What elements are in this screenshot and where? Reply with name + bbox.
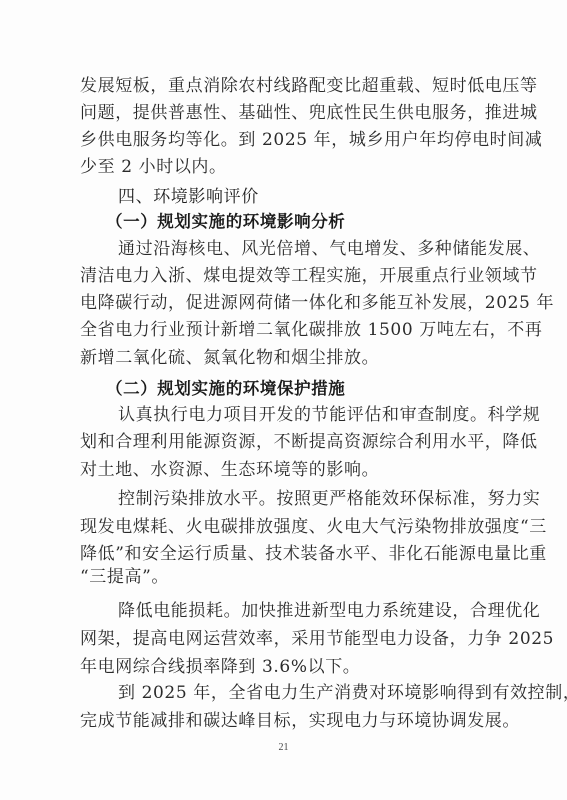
section-heading: 四、环境影响评价: [118, 184, 480, 211]
body-text-line: 到 2025 年，全省电力生产消费对环境影响得到有效控制，: [118, 680, 480, 707]
body-text-line: 清洁电力入浙、煤电提效等工程实施，开展重点行业领域节: [80, 263, 480, 290]
body-text-line: 乡供电服务均等化。到 2025 年，城乡用户年均停电时间减: [80, 127, 480, 154]
body-text-line: 划和合理利用能源资源，不断提高资源综合利用水平，降低: [80, 429, 480, 456]
body-text-line: 少至 2 小时以内。: [80, 154, 480, 181]
body-text-line: 通过沿海核电、风光倍增、气电增发、多种储能发展、: [118, 236, 480, 263]
body-text-line: “三提高”。: [80, 564, 480, 591]
body-text-line: 完成节能减排和碳达峰目标，实现电力与环境协调发展。: [80, 708, 480, 735]
body-text-line: 新增二氧化硫、氮氧化物和烟尘排放。: [80, 345, 480, 372]
body-text-line: 网架，提高电网运营效率，采用节能型电力设备，力争 2025: [80, 626, 480, 653]
body-text-line: 年电网综合线损率降到 3.6%以下。: [80, 654, 480, 681]
body-text-line: 降低电能损耗。加快推进新型电力系统建设，合理优化: [118, 598, 480, 625]
body-text-line: 对土地、水资源、生态环境等的影响。: [80, 457, 480, 484]
body-text-line: 发展短板，重点消除农村线路配变比超重载、短时低电压等: [80, 73, 480, 100]
body-text-line: 现发电煤耗、火电碳排放强度、火电大气污染物排放强度“三: [80, 514, 480, 541]
body-text-line: 全省电力行业预计新增二氧化碳排放 1500 万吨左右，不再: [80, 317, 480, 344]
page-number: 21: [0, 740, 567, 756]
subsection-heading: （二）规划实施的环境保护措施: [106, 375, 468, 402]
body-text-line: 认真执行电力项目开发的节能评估和审查制度。科学规: [118, 402, 480, 429]
document-page: 发展短板，重点消除农村线路配变比超重载、短时低电压等问题，提供普惠性、基础性、兜…: [0, 0, 567, 800]
body-text-line: 控制污染排放水平。按照更严格能效环保标准，努力实: [118, 486, 480, 513]
body-text-line: 问题，提供普惠性、基础性、兜底性民生供电服务，推进城: [80, 100, 480, 127]
subsection-heading: （一）规划实施的环境影响分析: [106, 208, 468, 235]
body-text-line: 电降碳行动，促进源网荷储一体化和多能互补发展，2025 年: [80, 290, 480, 317]
